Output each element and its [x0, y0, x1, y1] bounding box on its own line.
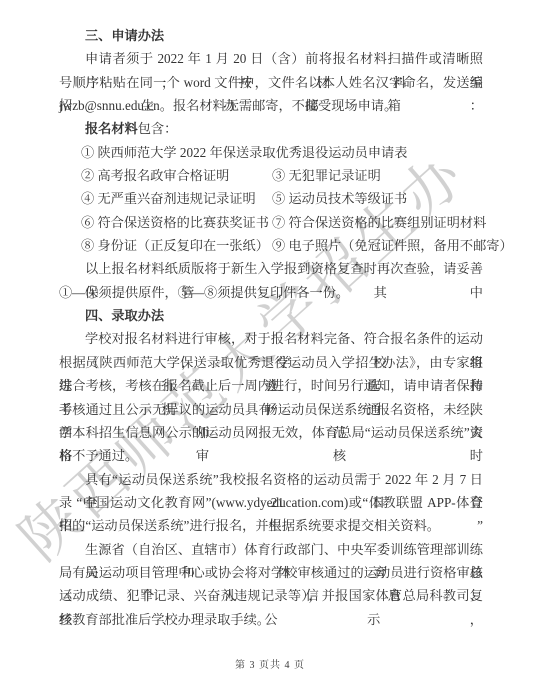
bold-text-segment: 三、申请办法 [85, 28, 164, 43]
text-segment: ⑦ 符合保送资格的比赛组别证明材料 [272, 215, 486, 230]
document-line: 申请者须于 2022 年 1 月 20 日（含）前将报名材料扫描件或清晰照片，按… [59, 47, 483, 70]
document-page: 陕西师范大学招生办 三、申请办法申请者须于 2022 年 1 月 20 日（含）… [0, 0, 540, 685]
text-segment: ⑥ 符合保送资格的比赛获奖证书 [81, 211, 272, 234]
document-line: 根据《陕西师范大学保送录取优秀退役运动员入学招生办法》，由专家组进行遴选和 [59, 351, 483, 374]
document-line: 三、申请办法 [59, 24, 483, 47]
bold-text-segment: 报名材料 [85, 121, 138, 136]
document-line: 生源省（自治区、直辖市）体育行政部门、中央军委训练管理部训练局和体育总 [59, 538, 483, 561]
page-number: 第 3 页共 4 页 [0, 656, 540, 671]
document-line: 四、录取办法 [59, 304, 483, 327]
text-segment: ④ 无严重兴奋剂违规记录证明 [81, 187, 272, 210]
document-line: ⑥ 符合保送资格的比赛获奖证书⑦ 符合保送资格的比赛组别证明材料 [59, 211, 483, 234]
document-line: ⑧ 身份证（正反复印在一张纸）⑨ 电子照片（免冠证件照，备用不邮寄） [59, 234, 483, 257]
text-segment: ② 高考报名政审合格证明 [81, 164, 272, 187]
text-segment: ① 陕西师范大学 2022 年保送录取优秀退役运动员申请表 [81, 145, 407, 160]
text-segment: jwzb@snnu.edu.cn。报名材料无需邮寄，不接受现场申请。 [59, 98, 397, 113]
text-segment: 包含： [138, 121, 178, 136]
text-segment: ③ 无犯罪记录证明 [272, 168, 381, 183]
text-segment: ①—④须提供原件，⑤—⑧须提供复印件各一份。 [59, 285, 349, 300]
text-segment: 中的“运动员保送系统”进行报名，并根据系统要求提交相关资料。 [59, 518, 440, 533]
text-segment: ⑧ 身份证（正反复印在一张纸） [81, 234, 272, 257]
text-segment: 经教育部批准后学校办理录取手续。 [59, 612, 270, 627]
text-segment: ⑨ 电子照片（免冠证件照，备用不邮寄） [272, 238, 513, 253]
document-body: 三、申请办法申请者须于 2022 年 1 月 20 日（含）前将报名材料扫描件或… [59, 24, 483, 631]
document-line: ④ 无严重兴奋剂违规记录证明⑤ 运动员技术等级证书 [59, 187, 483, 210]
document-line: 综合考核，考核在报名截止后一周内进行，时间另行通知，请申请者保持手机畅通， [59, 374, 483, 397]
document-line: 具有“运动员保送系统”我校报名资格的运动员需于 2022 年 2 月 7 日至 … [59, 468, 483, 491]
document-line: 号顺序粘贴在同一个 word 文件中，文件名以本人姓名汉字命名，发送至招生办邮箱… [59, 71, 483, 94]
document-line: 录 “中国运动文化教育网”(www.ydyeducation.com)或“体教联… [59, 491, 483, 514]
document-line: 局有关运动项目管理中心或协会将对学校审核通过的运动员进行资格审核（个人信息、 [59, 561, 483, 584]
document-line: 学校对报名材料进行审核，对于报名材料完备、符合报名条件的运动员，学校将 [59, 327, 483, 350]
document-line: 中的“运动员保送系统”进行报名，并根据系统要求提交相关资料。 [59, 514, 483, 537]
document-line: 报名材料包含： [59, 117, 483, 140]
document-line: 以上报名材料纸质版将于新生入学报到资格复查时再次查验，请妥善保管，其中 [59, 257, 483, 280]
text-segment: ⑤ 运动员技术等级证书 [272, 191, 407, 206]
bold-text-segment: 四、录取办法 [85, 308, 164, 323]
document-line: ② 高考报名政审合格证明③ 无犯罪记录证明 [59, 164, 483, 187]
document-line: 考核通过且公示无异议的运动员具有“运动员保送系统”报名资格，未经陕西师范大 [59, 398, 483, 421]
text-segment: 将不予通过。 [59, 448, 138, 463]
document-line: 学本科招生信息网公示的运动员网报无效，体育总局“运动员保送系统”资格审核时 [59, 421, 483, 444]
document-line: ① 陕西师范大学 2022 年保送录取优秀退役运动员申请表 [59, 141, 483, 164]
document-line: 运动成绩、犯罪记录、兴奋剂违规记录等），并报国家体育总局科教司复核、公示， [59, 584, 483, 607]
